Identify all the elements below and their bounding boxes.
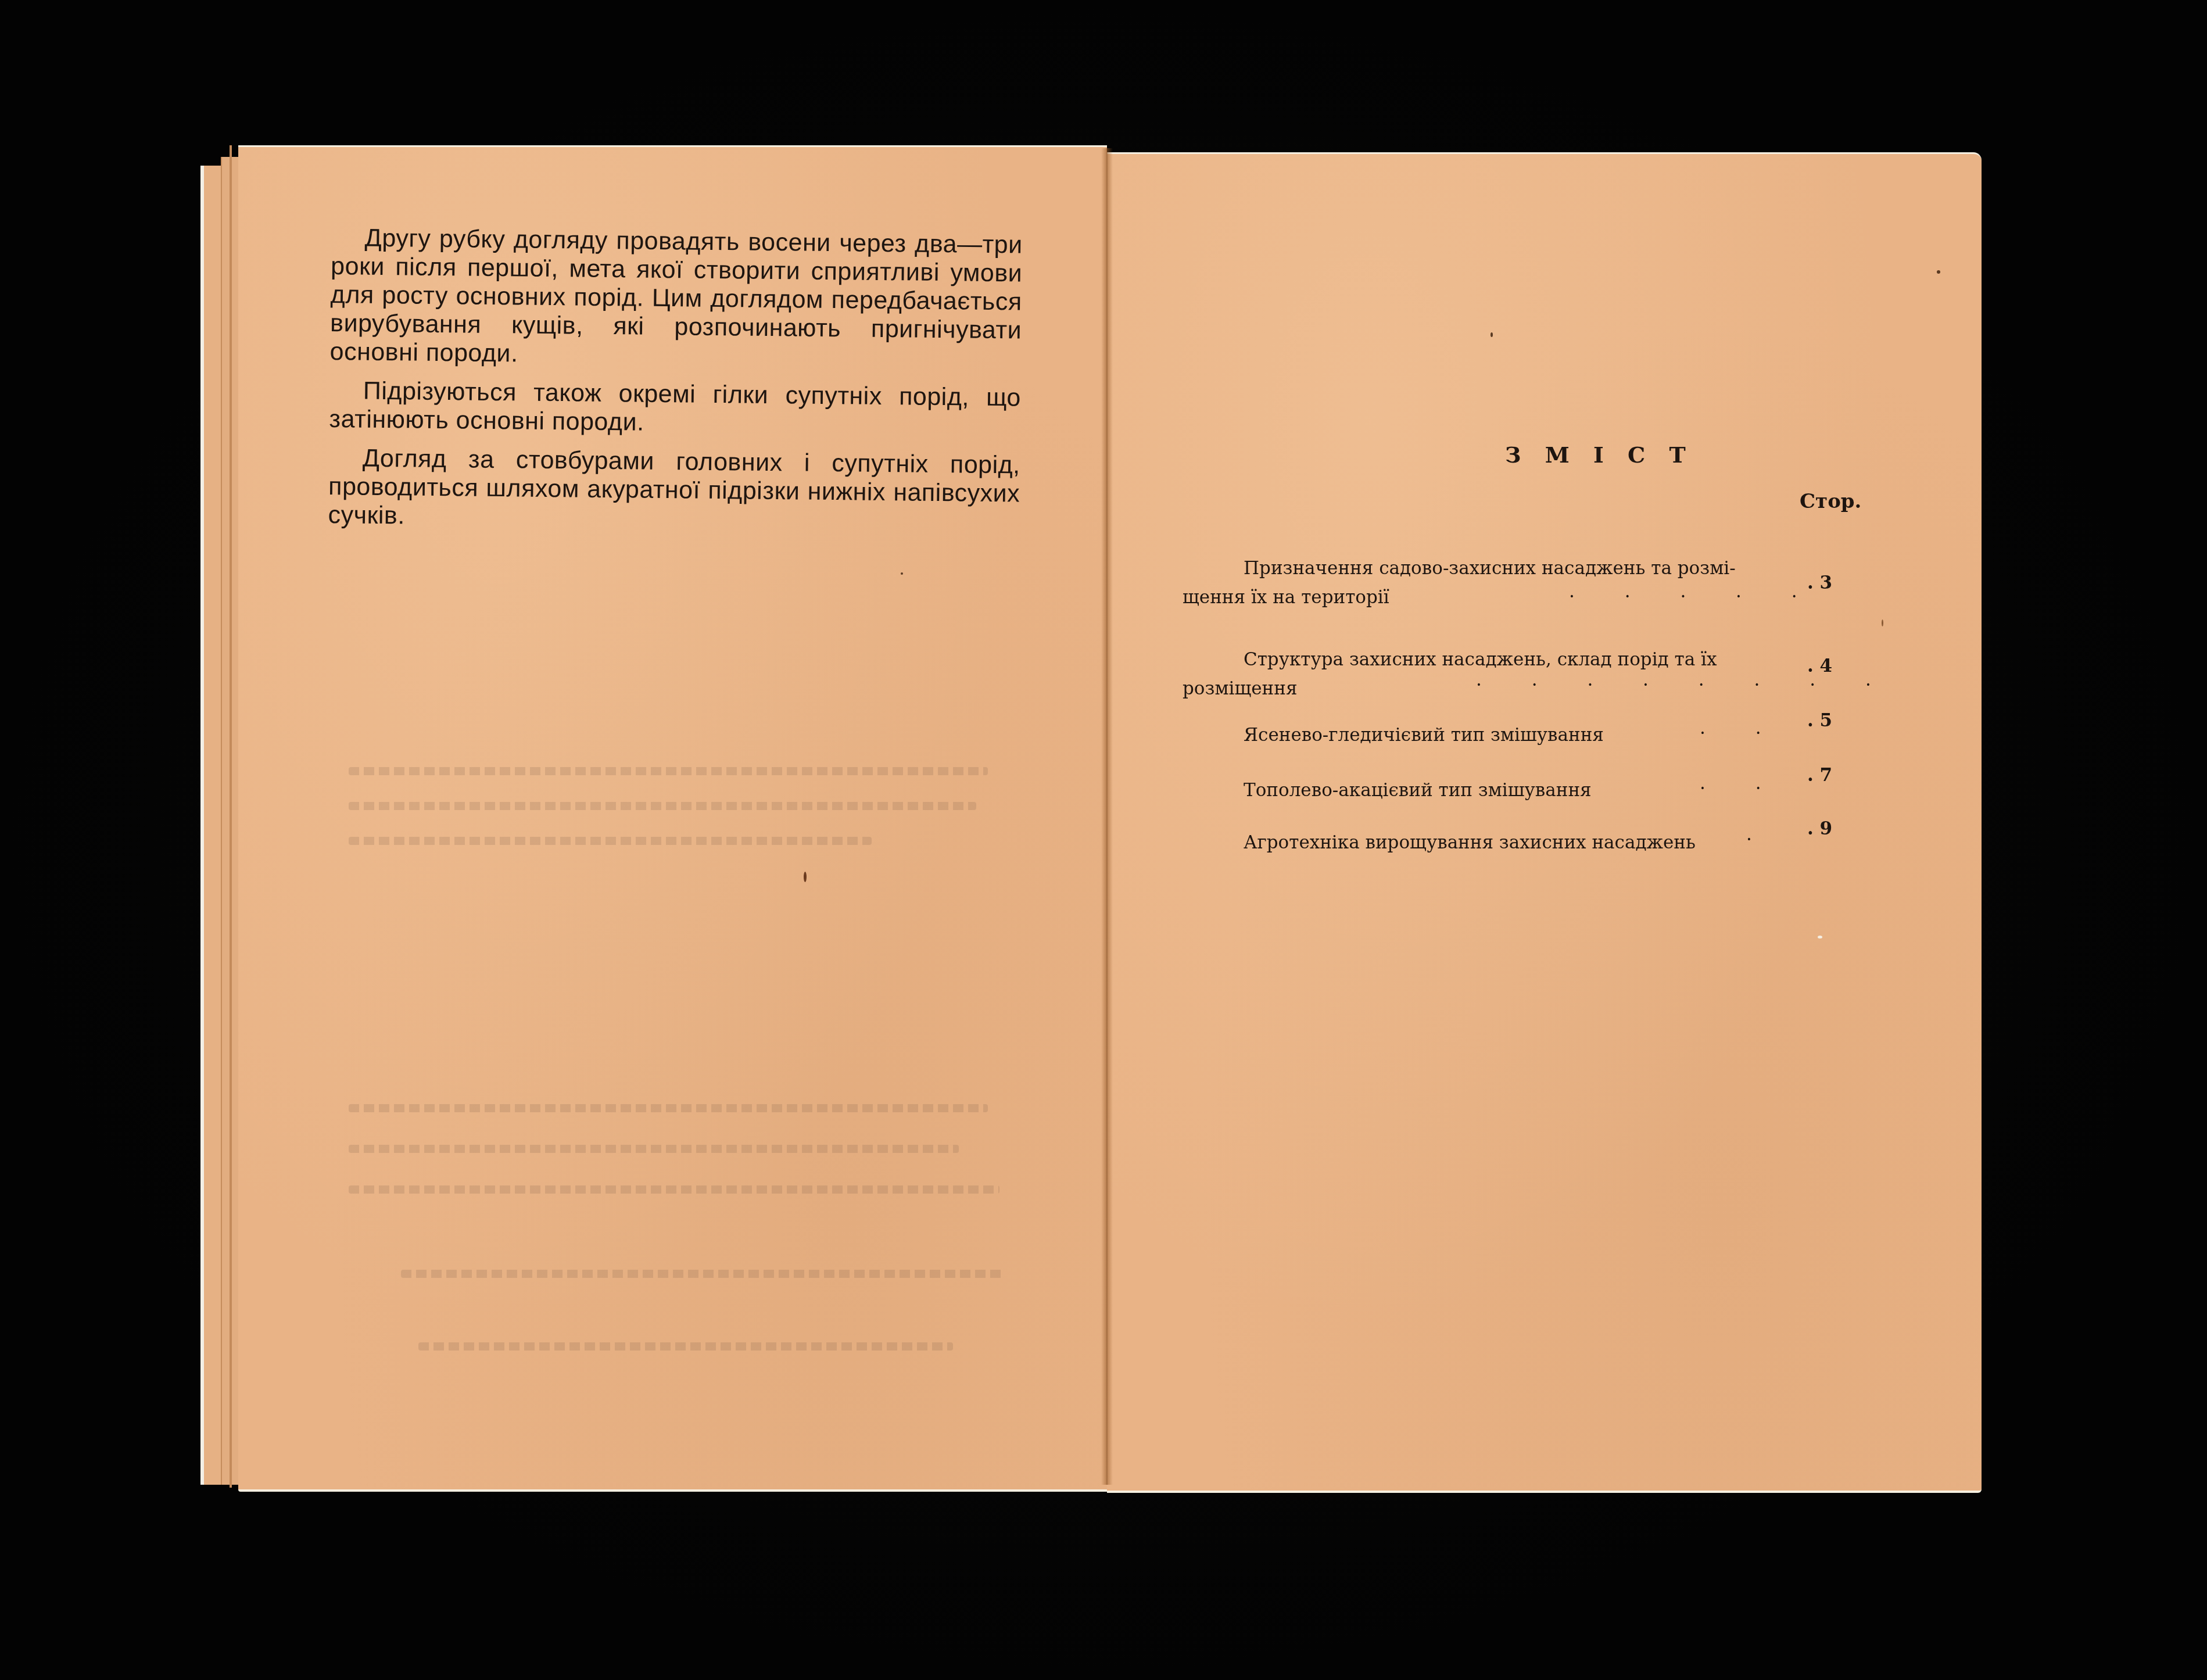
paragraph: Догляд за стовбурами головних і супутніх… xyxy=(328,444,1020,536)
bleed-through-text xyxy=(349,837,872,845)
bleed-through-text xyxy=(349,767,988,775)
bleed-through-text xyxy=(349,802,976,810)
bleed-through-text xyxy=(349,1104,988,1112)
paper-speck xyxy=(1882,619,1883,626)
book-gutter xyxy=(1101,148,1113,1485)
paper-speck xyxy=(804,872,807,882)
toc-leader-dots: . . xyxy=(1700,773,1783,794)
paper-speck xyxy=(901,572,903,575)
toc-page-number: . 7 xyxy=(1807,765,1832,786)
toc-page-number: . 9 xyxy=(1807,818,1832,839)
toc-title: З М І С Т xyxy=(1505,442,1694,468)
toc-entry-title: Ясенево-гледичієвий тип змішування xyxy=(1244,721,1604,750)
toc-entry-title: Призначення садово-захисних насаджень та… xyxy=(1183,554,1736,583)
bleed-through-text xyxy=(401,1270,1005,1278)
bleed-through-text xyxy=(349,1185,999,1194)
toc-page-column-header: Стор. xyxy=(1800,490,1861,513)
toc-page-number: . 5 xyxy=(1807,710,1832,731)
toc-entry-title: Тополево-акацієвий тип змішування xyxy=(1244,776,1592,805)
toc-entry-title: Агротехніка вирощування захисних насадже… xyxy=(1244,828,1696,857)
toc-entry: Агротехніка вирощування захисних насадже… xyxy=(1244,828,1696,857)
toc-leader-dots: . xyxy=(1746,824,1774,845)
bleed-through-text xyxy=(349,1145,959,1153)
toc-entry: Тополево-акацієвий тип змішування xyxy=(1244,776,1592,805)
toc-page-number: . 3 xyxy=(1807,572,1832,593)
bleed-through-text xyxy=(418,1342,953,1351)
paper-speck xyxy=(1937,270,1940,274)
toc-leader-dots: . . xyxy=(1700,718,1783,739)
toc-entry: Ясенево-гледичієвий тип змішування xyxy=(1244,721,1604,750)
toc-leader-dots: . . . . . xyxy=(1569,581,1819,602)
left-page-body: Другу рубку догляду провадять восени чер… xyxy=(328,224,1023,547)
toc-page-number: . 4 xyxy=(1807,655,1832,676)
paper-speck xyxy=(1818,936,1822,938)
paragraph: Другу рубку догляду провадять восени чер… xyxy=(329,224,1023,373)
left-page-fold-line xyxy=(230,145,232,1488)
right-page xyxy=(1107,152,1982,1493)
paper-speck xyxy=(1491,332,1493,337)
paragraph: Підрізуються також окремі гілки супутніх… xyxy=(329,377,1021,440)
